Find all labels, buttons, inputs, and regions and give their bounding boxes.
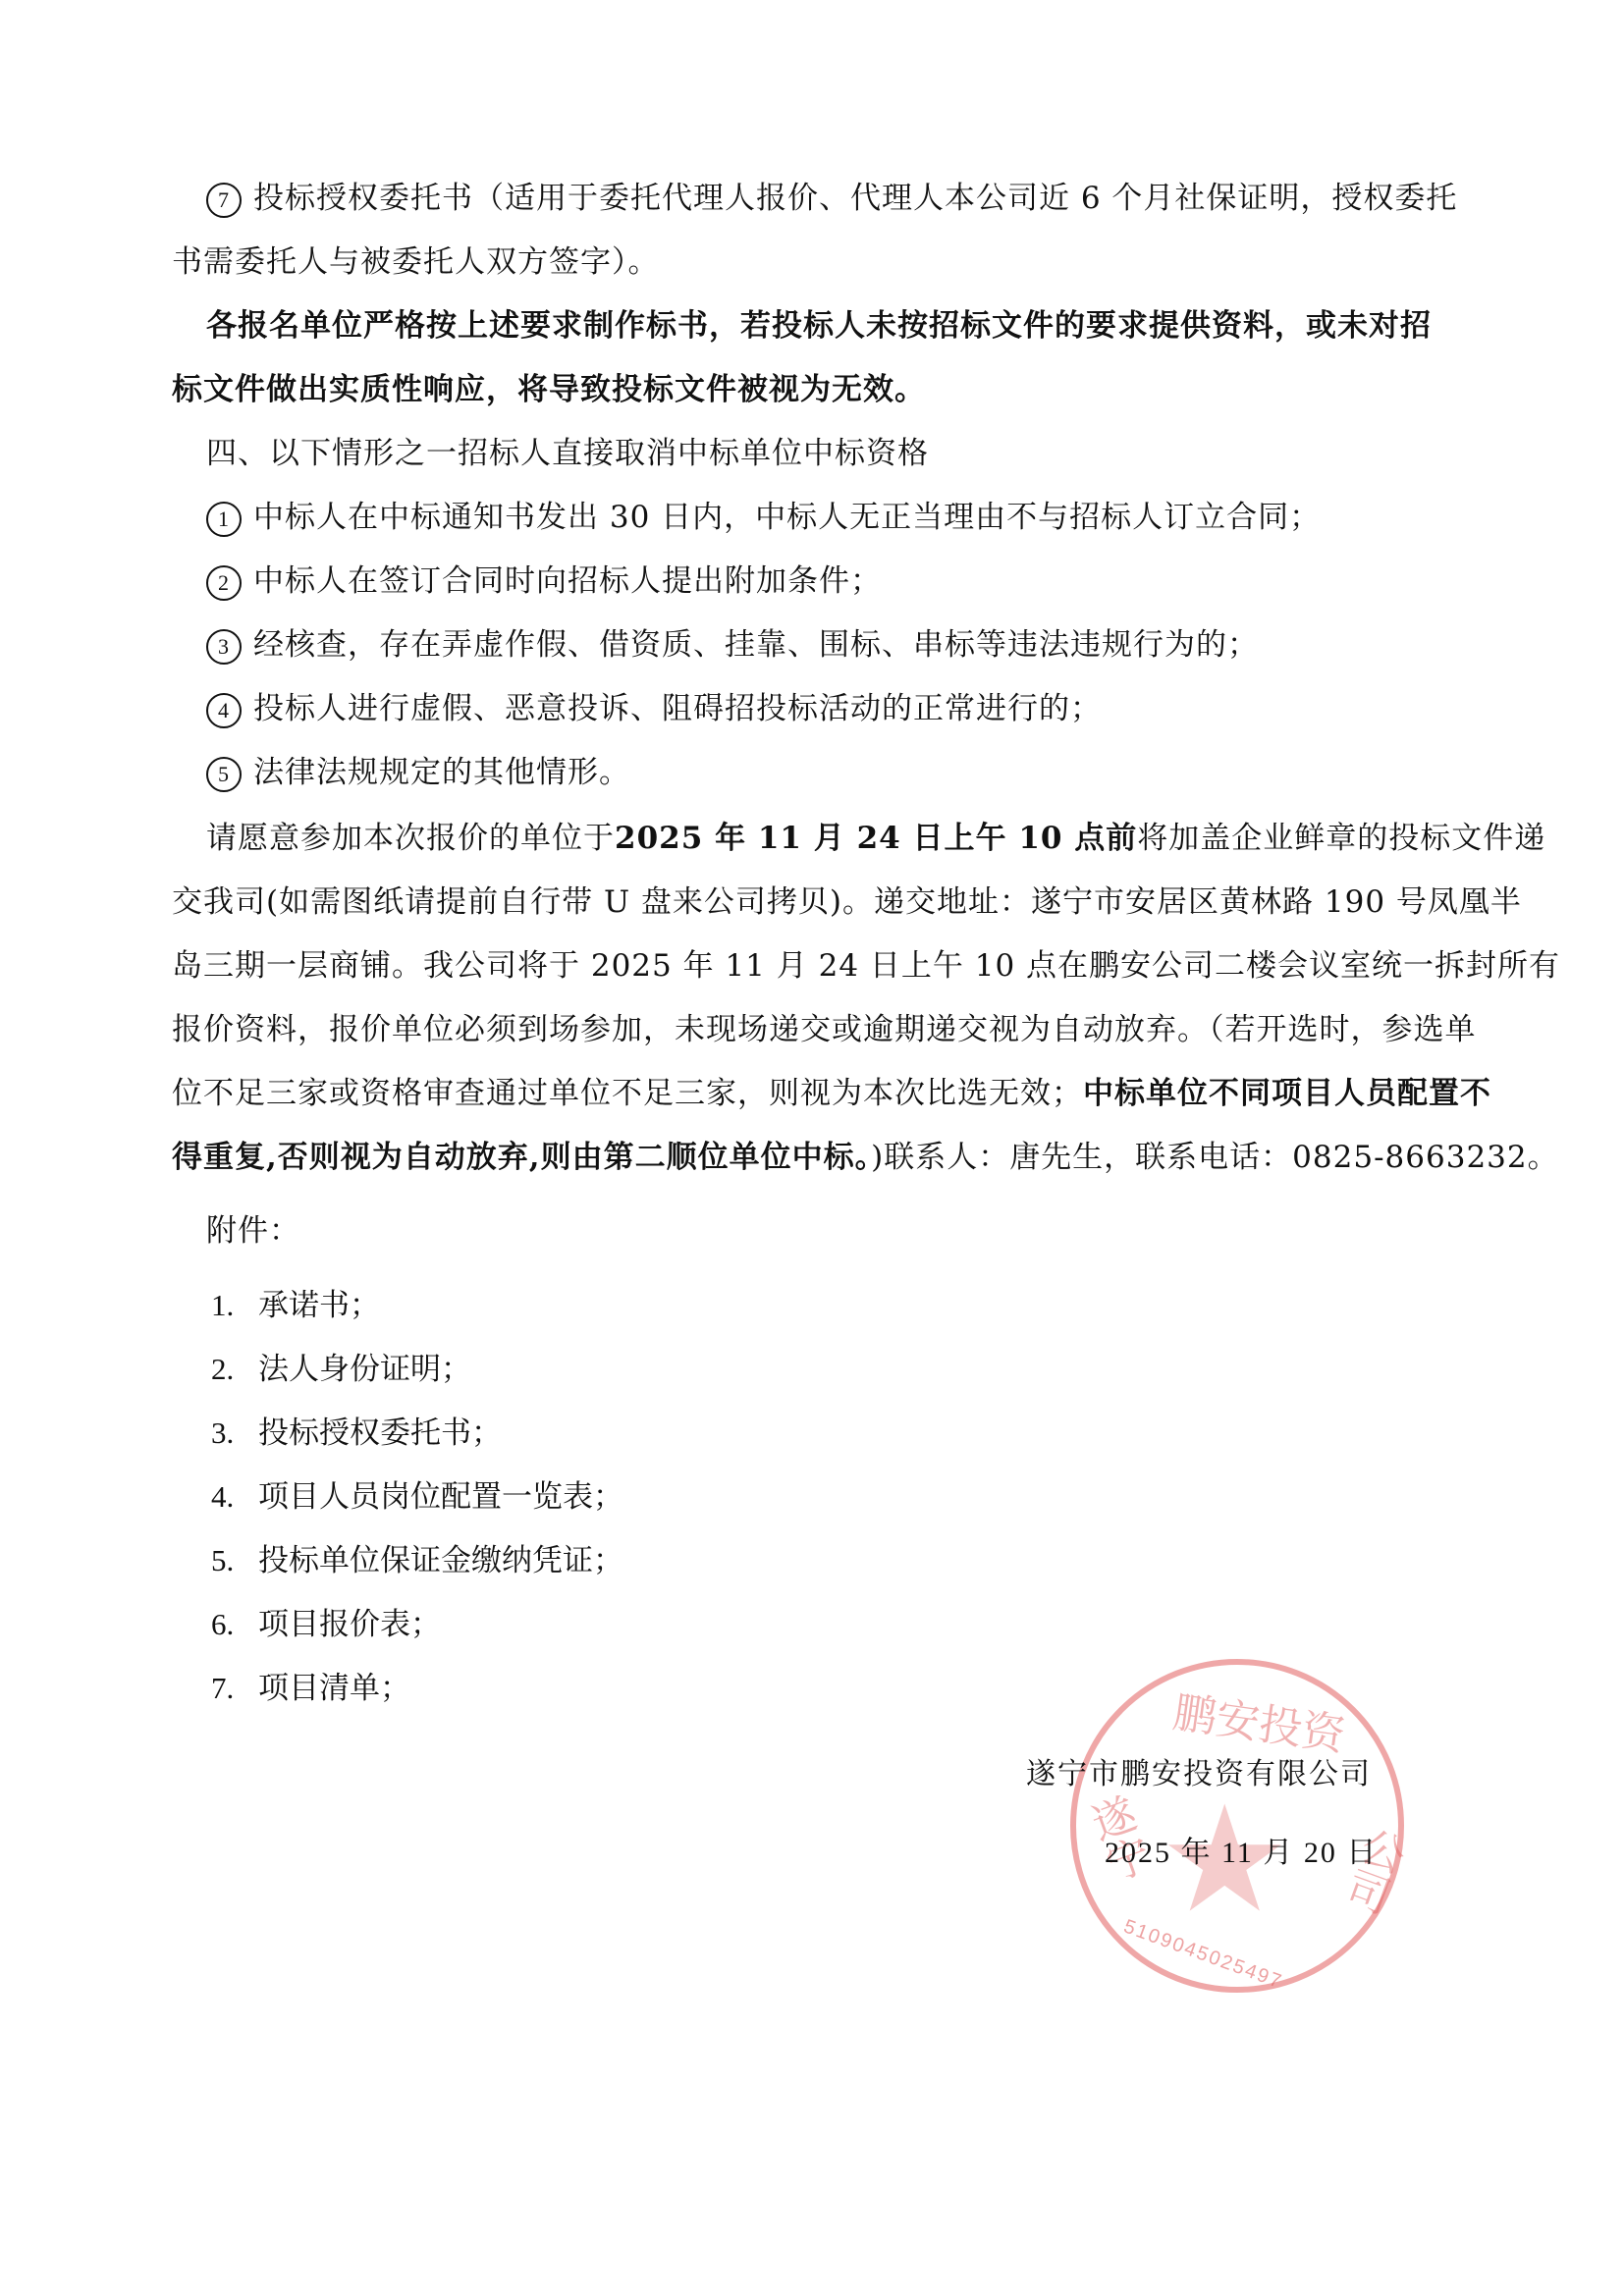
circled-number-1: 1 — [206, 502, 242, 537]
signature-company: 遂宁市鹏安投资有限公司 — [1026, 1749, 1372, 1792]
circled-number-3: 3 — [206, 629, 242, 665]
circled-number-5: 5 — [206, 757, 242, 792]
document-page: 7投标授权委托书（适用于委托代理人报价、代理人本公司近 6 个月社保证明，授权委… — [0, 0, 1624, 2296]
submission-line-1: 请愿意参加本次报价的单位于2025 年 11 月 24 日上午 10 点前将加盖… — [206, 817, 1542, 860]
requirement-notice-line-2: 标文件做出实质性响应，将导致投标文件被视为无效。 — [172, 368, 1507, 411]
item-7-line-2: 书需委托人与被委托人双方签字）。 — [172, 240, 1507, 284]
circled-number-4: 4 — [206, 693, 242, 728]
attachment-item: 3.投标授权委托书； — [211, 1412, 502, 1455]
item-7-line-1: 7投标授权委托书（适用于委托代理人报价、代理人本公司近 6 个月社保证明，授权委… — [206, 177, 1542, 220]
attachment-item: 5.投标单位保证金缴纳凭证； — [211, 1539, 623, 1582]
attachment-item: 1.承诺书； — [211, 1284, 380, 1327]
disqualification-item: 5法律法规规定的其他情形。 — [206, 751, 1542, 794]
submission-line-3: 岛三期一层商铺。我公司将于 2025 年 11 月 24 日上午 10 点在鹏安… — [172, 944, 1507, 988]
disqualification-item: 3经核查，存在弄虚作假、借资质、挂靠、围标、串标等违法违规行为的； — [206, 623, 1542, 667]
attachments-title: 附件： — [206, 1209, 1542, 1253]
attachment-item: 4.项目人员岗位配置一览表； — [211, 1475, 623, 1519]
disqualification-item: 4投标人进行虚假、恶意投诉、阻碍招投标活动的正常进行的； — [206, 687, 1542, 730]
signature-date: 2025 年 11 月 20 日 — [1105, 1828, 1378, 1871]
requirement-notice-line-1: 各报名单位严格按上述要求制作标书，若投标人未按招标文件的要求提供资料，或未对招 — [206, 304, 1542, 347]
contact-info: )联系人：唐先生，联系电话：0825-8663232。 — [871, 1140, 1559, 1175]
submission-line-5: 位不足三家或资格审查通过单位不足三家，则视为本次比选无效；中标单位不同项目人员配… — [172, 1072, 1507, 1115]
circled-number-2: 2 — [206, 565, 242, 601]
section-four-heading: 四、以下情形之一招标人直接取消中标单位中标资格 — [206, 432, 1542, 475]
submission-line-6: 得重复,否则视为自动放弃,则由第二顺位单位中标。)联系人：唐先生，联系电话：08… — [172, 1136, 1507, 1179]
submission-line-2: 交我司(如需图纸请提前自行带 U 盘来公司拷贝)。递交地址：遂宁市安居区黄林路 … — [172, 881, 1507, 924]
attachment-item: 7.项目清单； — [211, 1667, 410, 1710]
disqualification-item: 2中标人在签订合同时向招标人提出附加条件； — [206, 560, 1542, 603]
submission-deadline: 2025 年 11 月 24 日上午 10 点前 — [615, 821, 1137, 856]
circled-number-7: 7 — [206, 183, 242, 218]
attachment-item: 6.项目报价表； — [211, 1603, 441, 1646]
attachment-item: 2.法人身份证明； — [211, 1348, 471, 1391]
disqualification-item: 1中标人在中标通知书发出 30 日内，中标人无正当理由不与招标人订立合同； — [206, 496, 1542, 539]
submission-line-4: 报价资料，报价单位必须到场参加，未现场递交或逾期递交视为自动放弃。（若开选时，参… — [172, 1008, 1507, 1051]
